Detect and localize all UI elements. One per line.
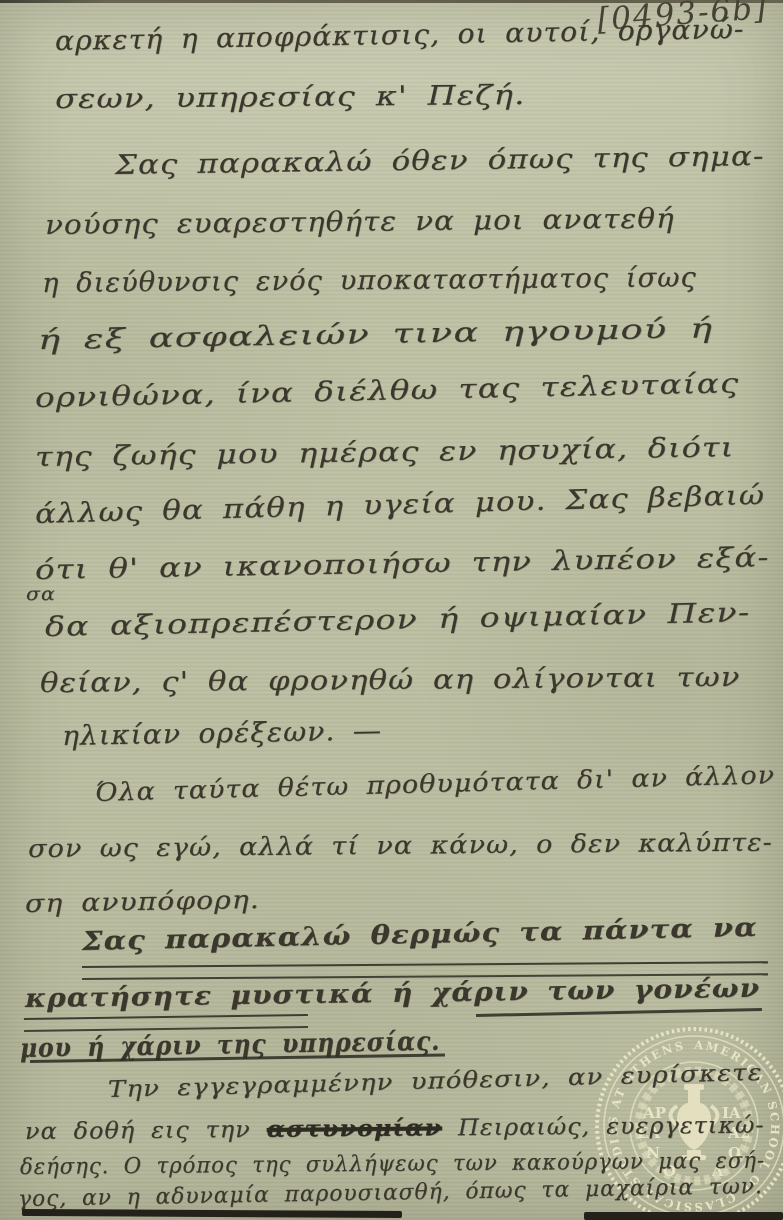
handwritten-line: δα αξιοπρεπέστερον ή οψιμαίαν Πεν-	[45, 599, 751, 642]
handwritten-line: σα	[26, 585, 56, 605]
handwritten-line: σεων, υπηρεσίας κ' Πεζή.	[55, 82, 526, 114]
handwritten-line: Σας παρακαλώ θερμώς τα πάντα να	[82, 915, 758, 956]
handwritten-line: η διεύθυνσις ενός υποκαταστήματος ίσως	[42, 264, 697, 298]
handwritten-line: νούσης ευαρεστηθήτε να μοι ανατεθή	[45, 205, 675, 240]
handwritten-line: ορνιθώνα, ίνα διέλθω τας τελευταίας	[35, 370, 740, 413]
handwritten-line: ότι θ' αν ικανοποιήσω την λυπέον εξά-	[35, 544, 770, 585]
handwritten-line: Σας παρακαλώ όθεν όπως της σημα-	[115, 143, 765, 180]
handwritten-line: ηλικίαν ορέξεων. —	[62, 717, 382, 751]
manuscript-page: [0493-6b] AMERICAN SCHOOL OF CLASSICAL S…	[0, 0, 783, 1220]
handwritten-line: της ζωής μου ημέρας εν ησυχία, διότι	[35, 434, 735, 472]
scan-edge-mark	[22, 1209, 402, 1218]
scan-edge-mark	[584, 1212, 783, 1220]
text-segment: Πειραιώς, ευεργετικώ-	[442, 1113, 765, 1142]
ink-underline	[476, 1008, 762, 1017]
handwritten-line: σον ως εγώ, αλλά τί να κάνω, ο δεν καλύπ…	[28, 830, 773, 863]
handwritten-line: ση ανυπόφορη.	[25, 887, 260, 917]
handwritten-line: κρατήσητε μυστικά ή χάριν των γονέων	[25, 976, 761, 1014]
handwritten-line: αρκετή η αποφράκτισις, οι αυτοί, οργανώ-	[55, 16, 745, 56]
handwritten-line: ή εξ ασφαλειών τινα ηγουμού ή	[38, 315, 714, 355]
text-segment: να δοθή εις την	[25, 1117, 267, 1145]
handwritten-line: Όλα ταύτα θέτω προθυμότατα δι' αν άλλον	[95, 762, 776, 806]
handwritten-line: άλλως θα πάθη η υγεία μου. Σας βεβαιώ	[35, 482, 766, 529]
handwritten-line: θείαν, ς' θα φρονηθώ αη ολίγονται των	[40, 664, 741, 698]
struck-text: αστυνομίαν	[267, 1114, 443, 1143]
